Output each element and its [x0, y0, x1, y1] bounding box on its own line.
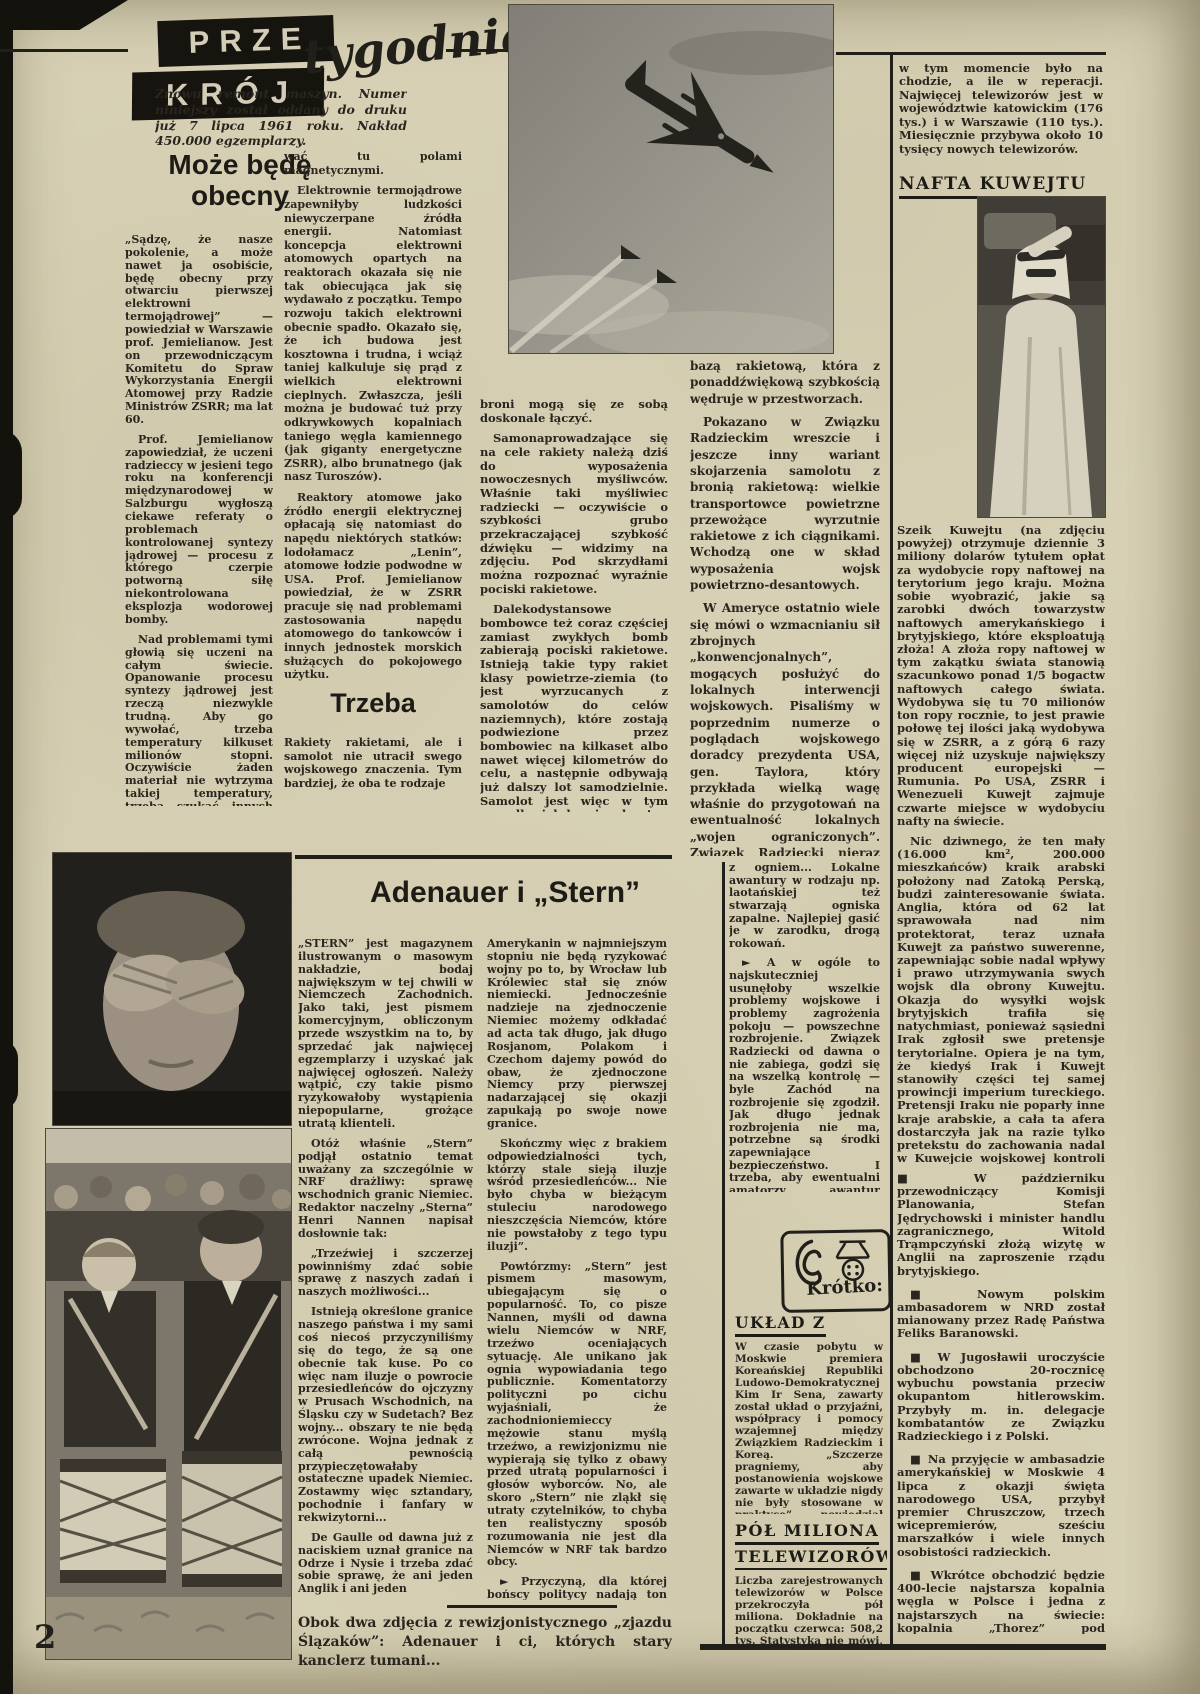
- paragraph: Elektrownie termojądrowe zapewniłyby lud…: [284, 184, 462, 484]
- caption-text: Obok dwa zdjęcia z rewizjonistycznego „z…: [298, 1614, 672, 1666]
- paragraph: „Trzeźwiej i szczerzej powinniśmy zdać s…: [298, 1248, 473, 1299]
- brief-item: ■ W październiku przewodniczący Komisji …: [897, 1172, 1105, 1278]
- uklad-heading: UKŁAD Z KOREĄ: [735, 1310, 885, 1340]
- trzeba-title-text: Trzeba: [330, 688, 416, 718]
- adenauer-photo: [52, 852, 292, 1126]
- brief-item: ■ Nowym polskim ambasadorem w NRD został…: [897, 1288, 1105, 1341]
- pol-miliona-heading: PÓŁ MILIONA TELEWIZORÓW: [735, 1518, 887, 1570]
- adenauer-top-rule: [295, 855, 672, 859]
- trzeba-column-4a: bazą rakietową, która z ponaddźwiękową s…: [690, 358, 880, 856]
- paragraph: Prof. Jemielianow zapowiedział, że uczen…: [125, 434, 273, 627]
- paragraph: Amerykanin w najmniejszym stopniu nie bę…: [487, 938, 667, 1131]
- paragraph: ► A w ogóle to najskuteczniej usunęłoby …: [729, 957, 880, 1192]
- caption-rule: [447, 1605, 617, 1608]
- sheikh-illustration: [978, 197, 1105, 517]
- pol-miliona-heading-text: PÓŁ MILIONA TELEWIZORÓW: [735, 1521, 887, 1570]
- paragraph: bazą rakietową, która z ponaddźwiękową s…: [690, 358, 880, 407]
- adenauer-column-1: „STERN” jest magazynem ilustrowanym o ma…: [298, 938, 473, 1600]
- paragraph: Istnieją określone granice naszego państ…: [298, 1306, 473, 1525]
- krotko-column-rule: [722, 862, 725, 1646]
- paragraph: Samonaprowadzające się na cele rakiety n…: [480, 432, 668, 596]
- paragraph: Szeik Kuwejtu (na zdjęciu powyżej) otrzy…: [897, 524, 1105, 828]
- paragraph: broni mogą się ze sobą doskonale łączyć.: [480, 398, 668, 425]
- page-number: 2: [34, 1618, 84, 1668]
- scan-edge-top-left: [0, 0, 128, 30]
- masthead-rule-left: [0, 49, 128, 52]
- right-column-rule: [890, 52, 893, 1644]
- paragraph: Pokazano w Związku Radzieckim wreszcie i…: [690, 414, 880, 593]
- rally-drummers-photo: [45, 1128, 292, 1660]
- sheikh-photo: [977, 196, 1106, 518]
- paragraph: w tym momencie było na chodzie, a ile w …: [899, 62, 1103, 156]
- adenauer-column-2: Amerykanin w najmniejszym stopniu nie bę…: [487, 938, 667, 1600]
- trzeba-column-4b: z ogniem... Lokalne awantury w rodzaju n…: [729, 862, 880, 1192]
- uklad-text: W czasie pobytu w Moskwie premiera Korea…: [735, 1342, 883, 1514]
- issue-note-text: Znowu remont maszyn. Numer niniejszy zos…: [155, 86, 407, 148]
- krotko-logo-text: Krótko:: [806, 1275, 884, 1300]
- adenauer-title-text: Adenauer i „Stern”: [370, 876, 640, 909]
- issue-note: Znowu remont maszyn. Numer niniejszy zos…: [155, 86, 407, 148]
- pol-miliona-text: Liczba zarejestrowanych telewizorów w Po…: [735, 1576, 883, 1644]
- brief-item: ■ Na przyjęcie w ambasadzie amerykańskie…: [897, 1453, 1105, 1559]
- atom-column-1: „Sądzę, że nasze pokolenie, a może nawet…: [125, 234, 273, 806]
- paragraph: Skończmy więc z brakiem odpowiedzialnośc…: [487, 1138, 667, 1254]
- paragraph: Dalekodystansowe bombowce też coraz częś…: [480, 603, 668, 812]
- adenauer-illustration: [53, 853, 291, 1125]
- tv-runover-text: w tym momencie było na chodzie, a ile w …: [899, 62, 1103, 174]
- paragraph: wać tu polami magnetycznymi.: [284, 150, 462, 177]
- trzeba-title: Trzeba: [284, 688, 462, 728]
- paragraph: W Ameryce ostatnio wiele się mówi o wzma…: [690, 600, 880, 856]
- scan-blob-left-1: [0, 430, 22, 520]
- paragraph: Otóż właśnie „Stern” podjął ostatnio tem…: [298, 1138, 473, 1241]
- fighter-jet-photo: [508, 4, 834, 354]
- adenauer-title: Adenauer i „Stern”: [340, 876, 670, 918]
- paragraph: De Gaulle od dawna już z naciskiem uznał…: [298, 1532, 473, 1596]
- bottom-thick-rule: [700, 1644, 1106, 1650]
- paragraph: „Sądzę, że nasze pokolenie, a może nawet…: [125, 234, 273, 427]
- paragraph: Nad problemami tymi głowią się uczeni na…: [125, 634, 273, 806]
- atom-column-2: wać tu polami magnetycznymi. Elektrownie…: [284, 150, 462, 684]
- nafta-article: Szeik Kuwejtu (na zdjęciu powyżej) otrzy…: [897, 524, 1105, 1164]
- masthead-script-text: tygodnia: [300, 7, 533, 86]
- krotko-logo: Krótko:: [780, 1229, 891, 1313]
- rally-drummers-illustration: [46, 1129, 291, 1659]
- newspaper-page: PRZE KRÓJ tygodnia Znowu remont maszyn. …: [0, 0, 1200, 1694]
- paragraph: „STERN” jest magazynem ilustrowanym o ma…: [298, 938, 473, 1131]
- fighter-jet-illustration: [509, 5, 833, 353]
- trzeba-intro: Rakiety rakietami, ale i samolot nie utr…: [284, 736, 462, 808]
- adenauer-caption: Obok dwa zdjęcia z rewizjonistycznego „z…: [298, 1614, 672, 1666]
- paragraph: Rakiety rakietami, ale i samolot nie utr…: [284, 736, 462, 791]
- brief-item: ■ Wkrótce obchodzić będzie 400-lecie naj…: [897, 1569, 1105, 1634]
- paragraph: Reaktory atomowe jako źródło energii ele…: [284, 491, 462, 682]
- scan-blob-left-2: [0, 1040, 18, 1110]
- krotko-logo-label: Krótko:: [806, 1275, 884, 1300]
- trzeba-column-3: broni mogą się ze sobą doskonale łączyć.…: [480, 398, 668, 812]
- brief-item: ■ W Jugosławii uroczyście obchodzono 20-…: [897, 1351, 1105, 1444]
- page-number-text: 2: [34, 1618, 56, 1656]
- paragraph: Nic dziwnego, że ten mały (16.000 km², 2…: [897, 835, 1105, 1164]
- paragraph: ► Przyczyną, dla której bońscy politycy …: [487, 1576, 667, 1600]
- paragraph: z ogniem... Lokalne awantury w rodzaju n…: [729, 862, 880, 950]
- paragraph: W czasie pobytu w Moskwie premiera Korea…: [735, 1342, 883, 1514]
- paragraph: Liczba zarejestrowanych telewizorów w Po…: [735, 1576, 883, 1644]
- briefs-list: ■ W październiku przewodniczący Komisji …: [897, 1172, 1105, 1634]
- uklad-heading-text: UKŁAD Z KOREĄ: [735, 1313, 826, 1340]
- masthead-rule-right: [836, 52, 1106, 55]
- scan-edge-left: [0, 0, 13, 1694]
- paragraph: Powtórzmy: „Stern” jest pismem masowym, …: [487, 1261, 667, 1570]
- logo-text-top: PRZE: [188, 21, 312, 61]
